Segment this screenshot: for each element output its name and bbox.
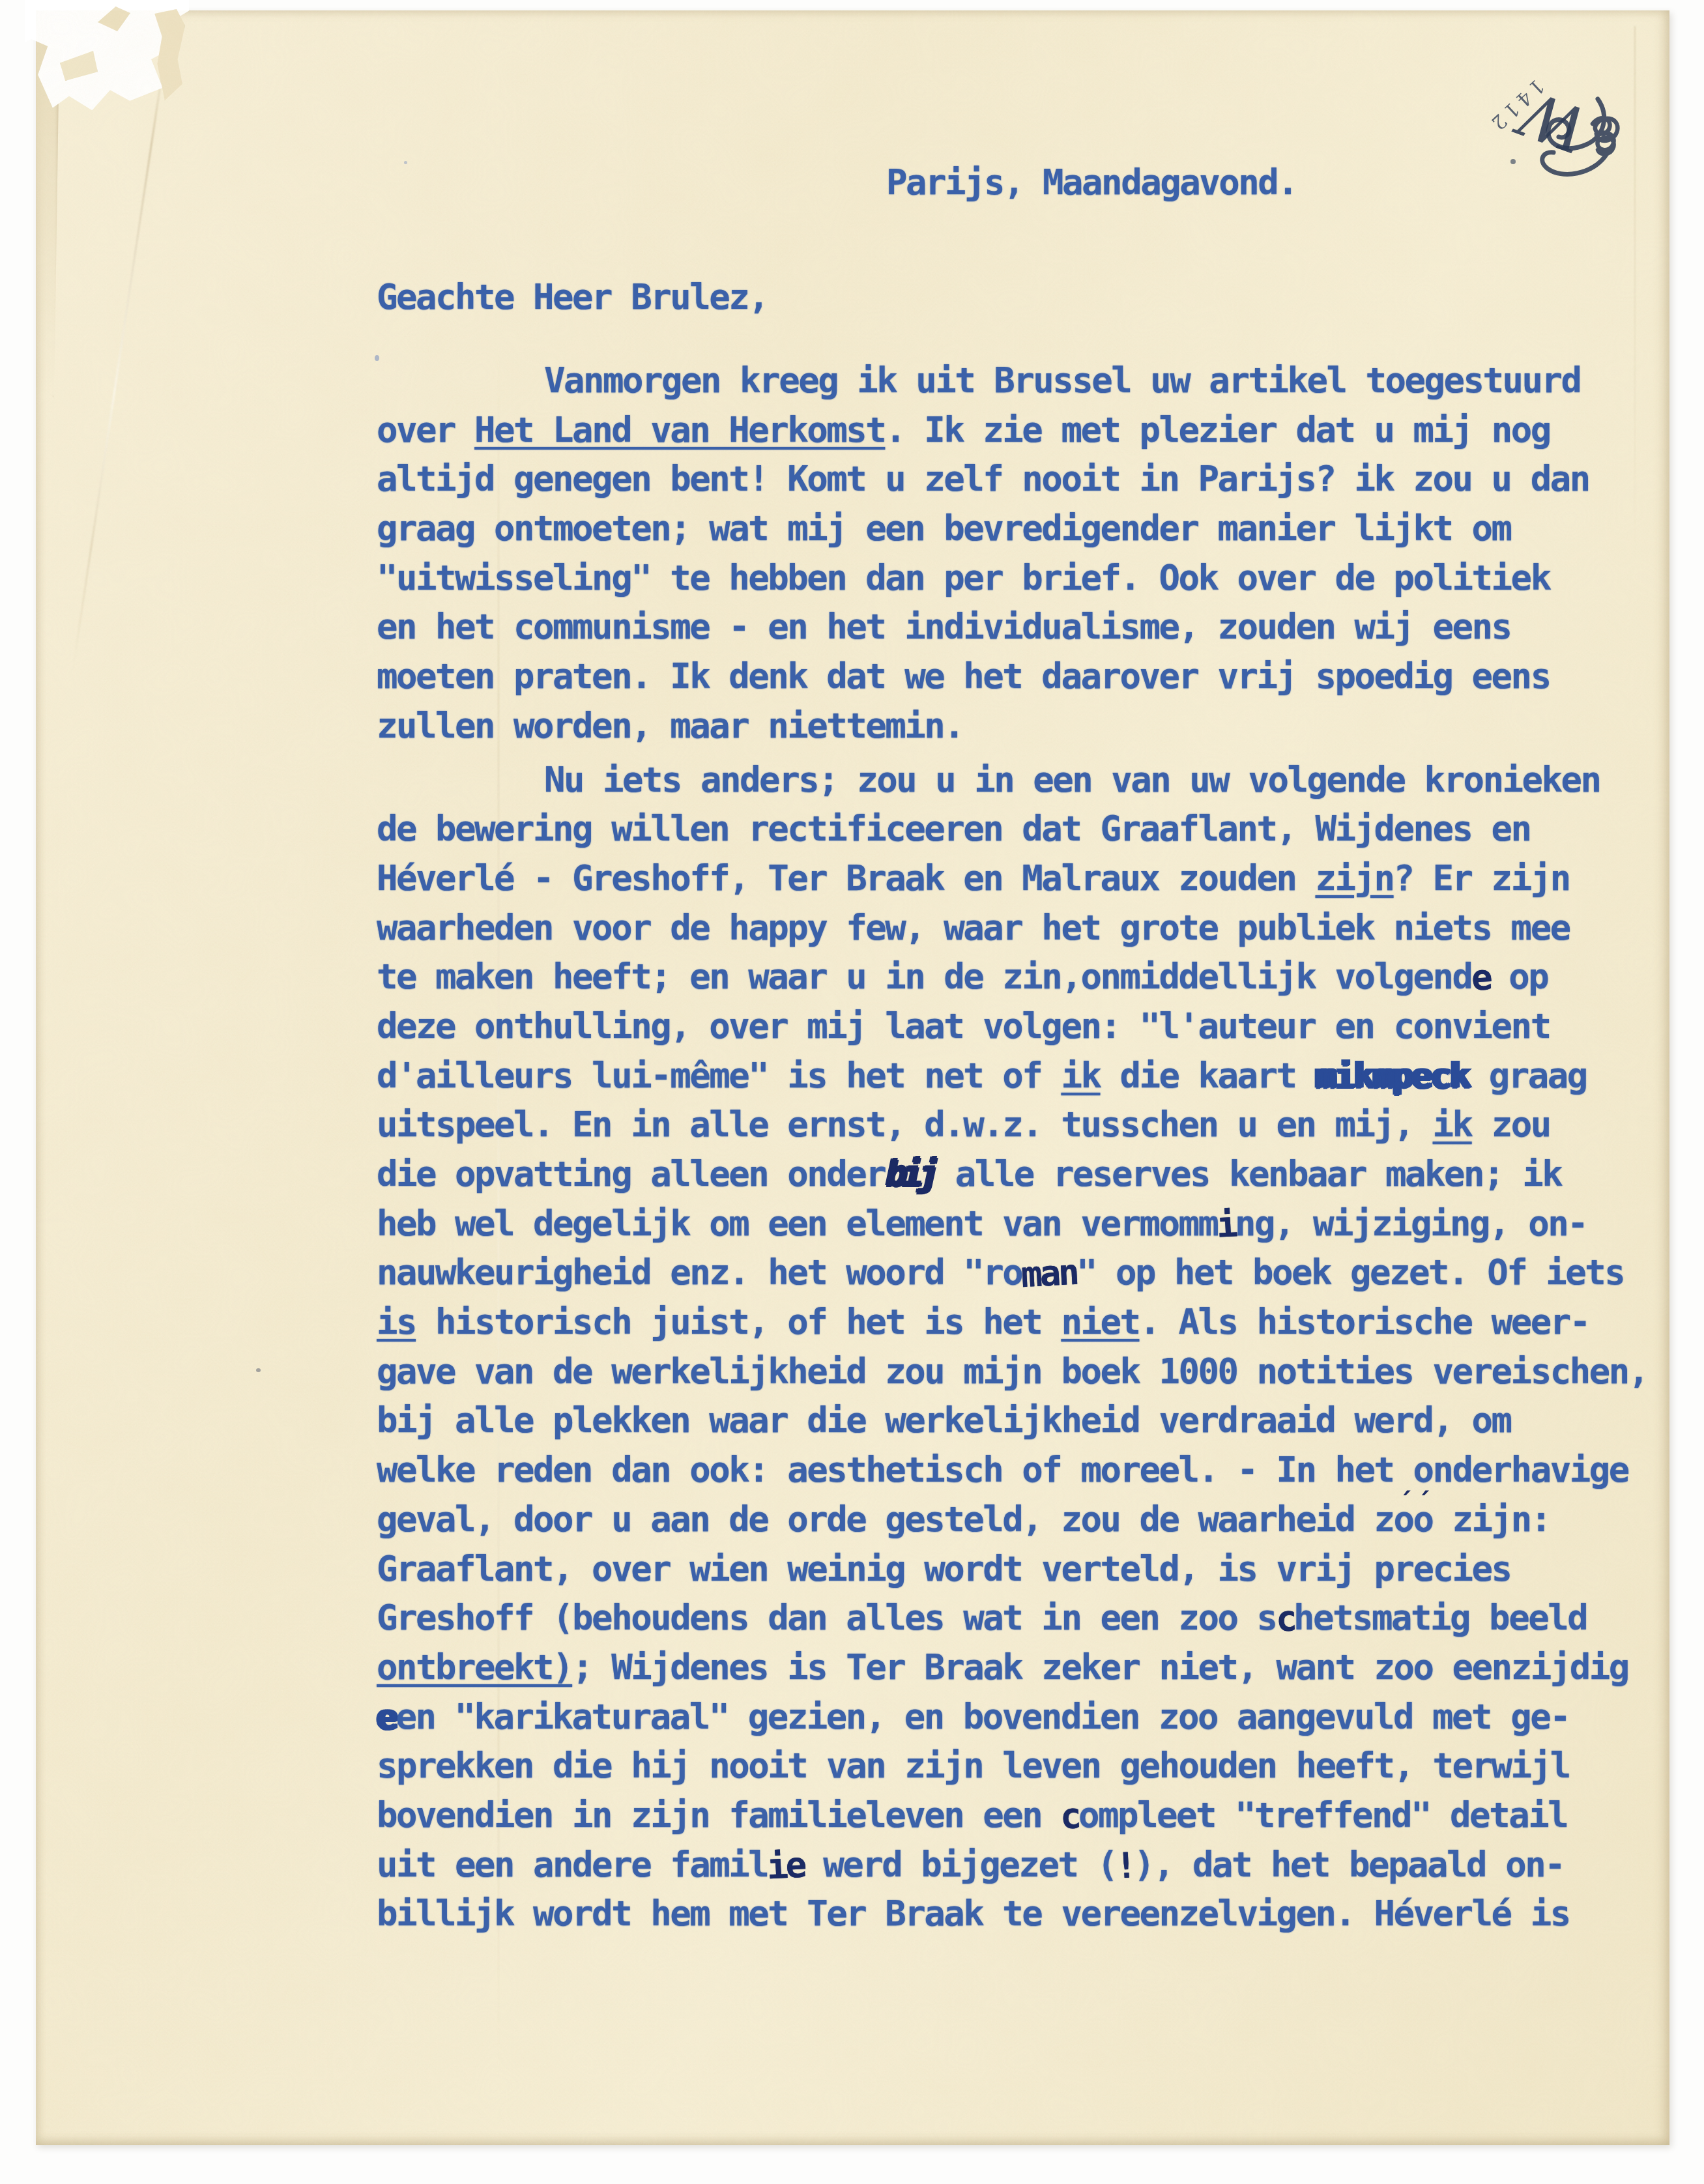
ink-correction: e: [1470, 953, 1491, 1003]
letter-line: "uitwisseling" te hebben dan per brief. …: [377, 553, 1680, 603]
typed-text: . Als historische weer-: [1139, 1301, 1589, 1342]
underlined-typed-text: zijn: [1316, 857, 1394, 898]
letter-line: gave van de werkelijkheid zou mijn boek …: [377, 1347, 1680, 1396]
letter-line: Héverlé - Greshoff, Ter Braak en Malraux…: [377, 854, 1680, 903]
letter-line: moeten praten. Ik denk dat we het daarov…: [377, 652, 1680, 701]
typed-text: graag: [1469, 1055, 1587, 1096]
underlined-typed-text: ik: [1061, 1055, 1100, 1096]
letter-line: billijk wordt hem met Ter Braak te veree…: [377, 1889, 1680, 1938]
underlined-typed-text: ik: [1433, 1104, 1472, 1145]
letter-body: Vanmorgen kreeg ik uit Brussel uw artike…: [377, 356, 1680, 1938]
ink-scratchout: bij: [881, 1149, 940, 1199]
typed-text: waarheden voor de happy few, waar het gr…: [377, 907, 1570, 948]
typed-text: Greshoff (behoudens dan alles wat in een…: [377, 1597, 1277, 1638]
letter-line: over Het Land van Herkomst. Ik zie met p…: [377, 405, 1680, 455]
typed-text: ; Wijdenes is Ter Braak zeker niet, want…: [572, 1646, 1628, 1688]
letter-line: ontbreekt); Wijdenes is Ter Braak zeker …: [377, 1643, 1680, 1692]
letter-line: een "karikaturaal" gezien, en bovendien …: [377, 1692, 1680, 1742]
typed-text: altijd genegen bent! Komt u zelf nooit i…: [377, 458, 1589, 499]
underlined-typed-text: niet: [1061, 1301, 1139, 1342]
ink-correction: ie: [766, 1840, 805, 1891]
letter-line: heb wel degelijk om een element van verm…: [377, 1199, 1680, 1248]
letter-line: d'ailleurs lui-même" is het net of ik di…: [377, 1051, 1680, 1100]
typed-text: over: [377, 409, 474, 450]
typed-text: "uitwisseling" te hebben dan per brief. …: [377, 557, 1550, 598]
typed-text: geval, door u aan de orde gesteld, zou d…: [377, 1499, 1394, 1540]
letter-line: de bewering willen rectificeeren dat Gra…: [377, 804, 1680, 854]
typed-text: ? Er zijn: [1394, 857, 1570, 898]
typed-text: en het communisme - en het individualism…: [377, 606, 1511, 647]
typed-text: billijk wordt hem met Ter Braak te veree…: [377, 1893, 1570, 1934]
typed-text: nauwkeurigheid enz. het woord "ro: [377, 1252, 1022, 1293]
typed-text: uitspeel. En in alle ernst, d.w.z. tussc…: [377, 1104, 1433, 1145]
overstruck-text: mikmpeck: [1316, 1055, 1469, 1096]
typed-text: zullen worden, maar niettemin.: [377, 705, 963, 746]
ink-correction: man: [1020, 1248, 1078, 1300]
typed-text: heb wel degelijk om een element van verm…: [377, 1203, 1217, 1244]
underlined-typed-text: ontbreekt): [377, 1646, 572, 1688]
letter-line: Graaflant, over wien weinig wordt vertel…: [377, 1544, 1680, 1594]
typed-text: bij alle plekken waar die werkelijkheid …: [377, 1400, 1511, 1441]
typed-text: deze onthulling, over mij laat volgen: "…: [377, 1005, 1550, 1046]
typed-text: Vanmorgen kreeg ik uit Brussel uw artike…: [544, 360, 1581, 401]
letter-line: uit een andere familie werd bijgezet (!)…: [377, 1840, 1680, 1889]
letter-line: nauwkeurigheid enz. het woord "roman" op…: [377, 1248, 1680, 1297]
paragraph: Nu iets anders; zou u in een van uw volg…: [377, 755, 1680, 1939]
letter-line: welke reden dan ook: aesthetisch of more…: [377, 1445, 1680, 1495]
letter-line: waarheden voor de happy few, waar het gr…: [377, 903, 1680, 953]
typed-text: d'ailleurs lui-même" is het net of: [377, 1055, 1061, 1096]
typed-text: uit een andere famil: [377, 1844, 768, 1885]
letter-line: is historisch juist, of het is het niet.…: [377, 1297, 1680, 1347]
typed-text: moeten praten. Ik denk dat we het daarov…: [377, 655, 1550, 697]
typed-text: ), dat het bepaald on-: [1134, 1844, 1564, 1885]
typed-text: sprekken die hij nooit van zijn leven ge…: [377, 1745, 1570, 1786]
typed-text: Héverlé - Greshoff, Ter Braak en Malraux…: [377, 857, 1316, 898]
typed-text: Graaflant, over wien weinig wordt vertel…: [377, 1548, 1511, 1589]
typed-text: bovendien in zijn familieleven een: [377, 1794, 1061, 1835]
typed-text: hetsmatig beeld: [1293, 1597, 1587, 1638]
paragraph: Vanmorgen kreeg ik uit Brussel uw artike…: [377, 356, 1680, 751]
dateline: Parijs, Maandagavond.: [886, 162, 1297, 203]
ink-correction: c: [1059, 1791, 1080, 1841]
typed-text: historisch juist, of het is het: [416, 1301, 1061, 1342]
typed-text: alle reserves kenbaar maken; ik: [936, 1153, 1561, 1194]
typed-text: gave van de werkelijkheid zou mijn boek …: [377, 1351, 1648, 1392]
mark-ink-dot: [1510, 159, 1516, 164]
typed-text: op: [1489, 956, 1548, 997]
underlined-typed-text: Het Land van Herkomst: [474, 409, 885, 450]
letter-scan: Parijs, Maandagavond. Geachte Heer Brule…: [0, 0, 1704, 2184]
salutation: Geachte Heer Brulez,: [377, 276, 768, 317]
letter-line: graag ontmoeten; wat mij een bevredigend…: [377, 504, 1680, 553]
letter-line: zullen worden, maar niettemin.: [377, 701, 1680, 751]
letter-line: en het communisme - en het individualism…: [377, 602, 1680, 652]
typed-text: zou: [1472, 1104, 1550, 1145]
letter-line: sprekken die hij nooit van zijn leven ge…: [377, 1741, 1680, 1790]
typed-text: die opvatting alleen onder: [377, 1153, 885, 1194]
typed-text: welke reden dan ook: aesthetisch of more…: [377, 1449, 1628, 1490]
typed-text: Nu iets anders; zou u in een van uw volg…: [544, 759, 1600, 800]
letter-line: bij alle plekken waar die werkelijkheid …: [377, 1396, 1680, 1445]
letter-line: geval, door u aan de orde gesteld, zou d…: [377, 1495, 1680, 1544]
letter-line: altijd genegen bent! Komt u zelf nooit i…: [377, 454, 1680, 504]
ink-correction: i: [1216, 1200, 1237, 1250]
typed-text: de bewering willen rectificeeren dat Gra…: [377, 808, 1531, 849]
letter-line: te maken heeft; en waar u in de zin,onmi…: [377, 952, 1680, 1001]
letter-line: Nu iets anders; zou u in een van uw volg…: [377, 755, 1680, 805]
letter-line: Greshoff (behoudens dan alles wat in een…: [377, 1593, 1680, 1643]
underlined-typed-text: is: [377, 1301, 416, 1342]
letter-line: Vanmorgen kreeg ik uit Brussel uw artike…: [377, 356, 1680, 405]
archival-ink-mark-drawing: W 1412: [1470, 56, 1633, 180]
typed-text: te maken heeft; en waar u in de zin,onmi…: [377, 956, 1472, 997]
ink-correction: c: [1275, 1594, 1295, 1644]
typed-text: ompleet "treffend" detail: [1078, 1794, 1567, 1835]
archival-ink-mark: W 1412: [1470, 56, 1633, 180]
letter-line: die opvatting alleen onderbij alle reser…: [377, 1149, 1680, 1199]
letter-line: uitspeel. En in alle ernst, d.w.z. tussc…: [377, 1100, 1680, 1149]
typed-text: " op het boek gezet. Of iets: [1076, 1252, 1624, 1293]
typed-text: werd bijgezet (: [803, 1844, 1116, 1885]
typed-text: en "karikaturaal" gezien, en bovendien z…: [396, 1696, 1570, 1737]
typed-text: graag ontmoeten; wat mij een bevredigend…: [377, 508, 1511, 549]
typed-text: ng, wijziging, on-: [1235, 1203, 1587, 1244]
typed-text: die kaart: [1100, 1055, 1315, 1096]
typed-text: . Ik zie met plezier dat u mij nog: [885, 409, 1550, 450]
overstruck-text: e: [377, 1696, 396, 1737]
letter-line: deze onthulling, over mij laat volgen: "…: [377, 1001, 1680, 1051]
letter-line: bovendien in zijn familieleven een compl…: [377, 1790, 1680, 1840]
ink-correction: !: [1114, 1841, 1135, 1891]
